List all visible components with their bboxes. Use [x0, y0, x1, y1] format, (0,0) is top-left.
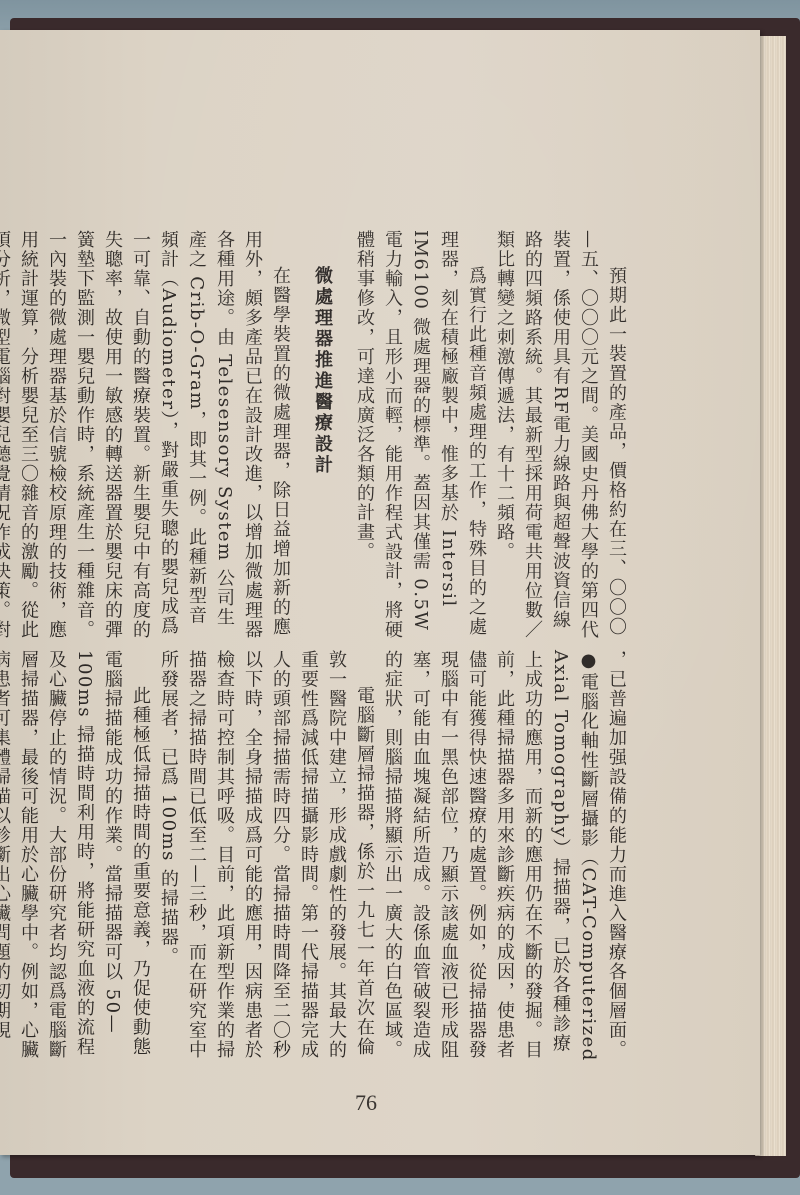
paragraph: ，已普遍加强設備的能力而進入醫療各個層面。 — [602, 650, 630, 1070]
page-number: 76 — [355, 1090, 377, 1116]
paragraph: 在醫學裝置的微處理器，除日益增加新的應用外，頗多產品已在設計改進，以增加微處理器… — [0, 230, 294, 640]
paragraph: 電腦斷層掃描器，係於一九七一年首次在倫敦一醫院中建立，形成戲劇性的發展。其最大的… — [154, 650, 378, 1070]
top-text-block: 預期此一裝置的產品，價格約在三、〇〇〇—五、〇〇〇元之間。美國史丹佛大學的第四代… — [10, 230, 630, 640]
bottom-text-block: ，已普遍加强設備的能力而進入醫療各個層面。 ●電腦化軸性斷層攝影（CAT-Com… — [10, 650, 630, 1070]
paragraph: ●電腦化軸性斷層攝影（CAT-Computerized Axial Tomogr… — [378, 650, 602, 1070]
book-page: 預期此一裝置的產品，價格約在三、〇〇〇—五、〇〇〇元之間。美國史丹佛大學的第四代… — [0, 30, 760, 1155]
paragraph: 爲實行此種音頻處理的工作，特殊目的之處理器，刻在積極廠製中，惟多基於 Inter… — [350, 230, 490, 640]
paragraph: 此種極低掃描時間的重要意義，乃促使動態電腦掃描能成功的作業。當掃描器可以 50—… — [0, 650, 154, 1070]
paragraph: 預期此一裝置的產品，價格約在三、〇〇〇—五、〇〇〇元之間。美國史丹佛大學的第四代… — [490, 230, 630, 640]
section-heading: 微處理器推進醫療設計 — [308, 230, 336, 640]
